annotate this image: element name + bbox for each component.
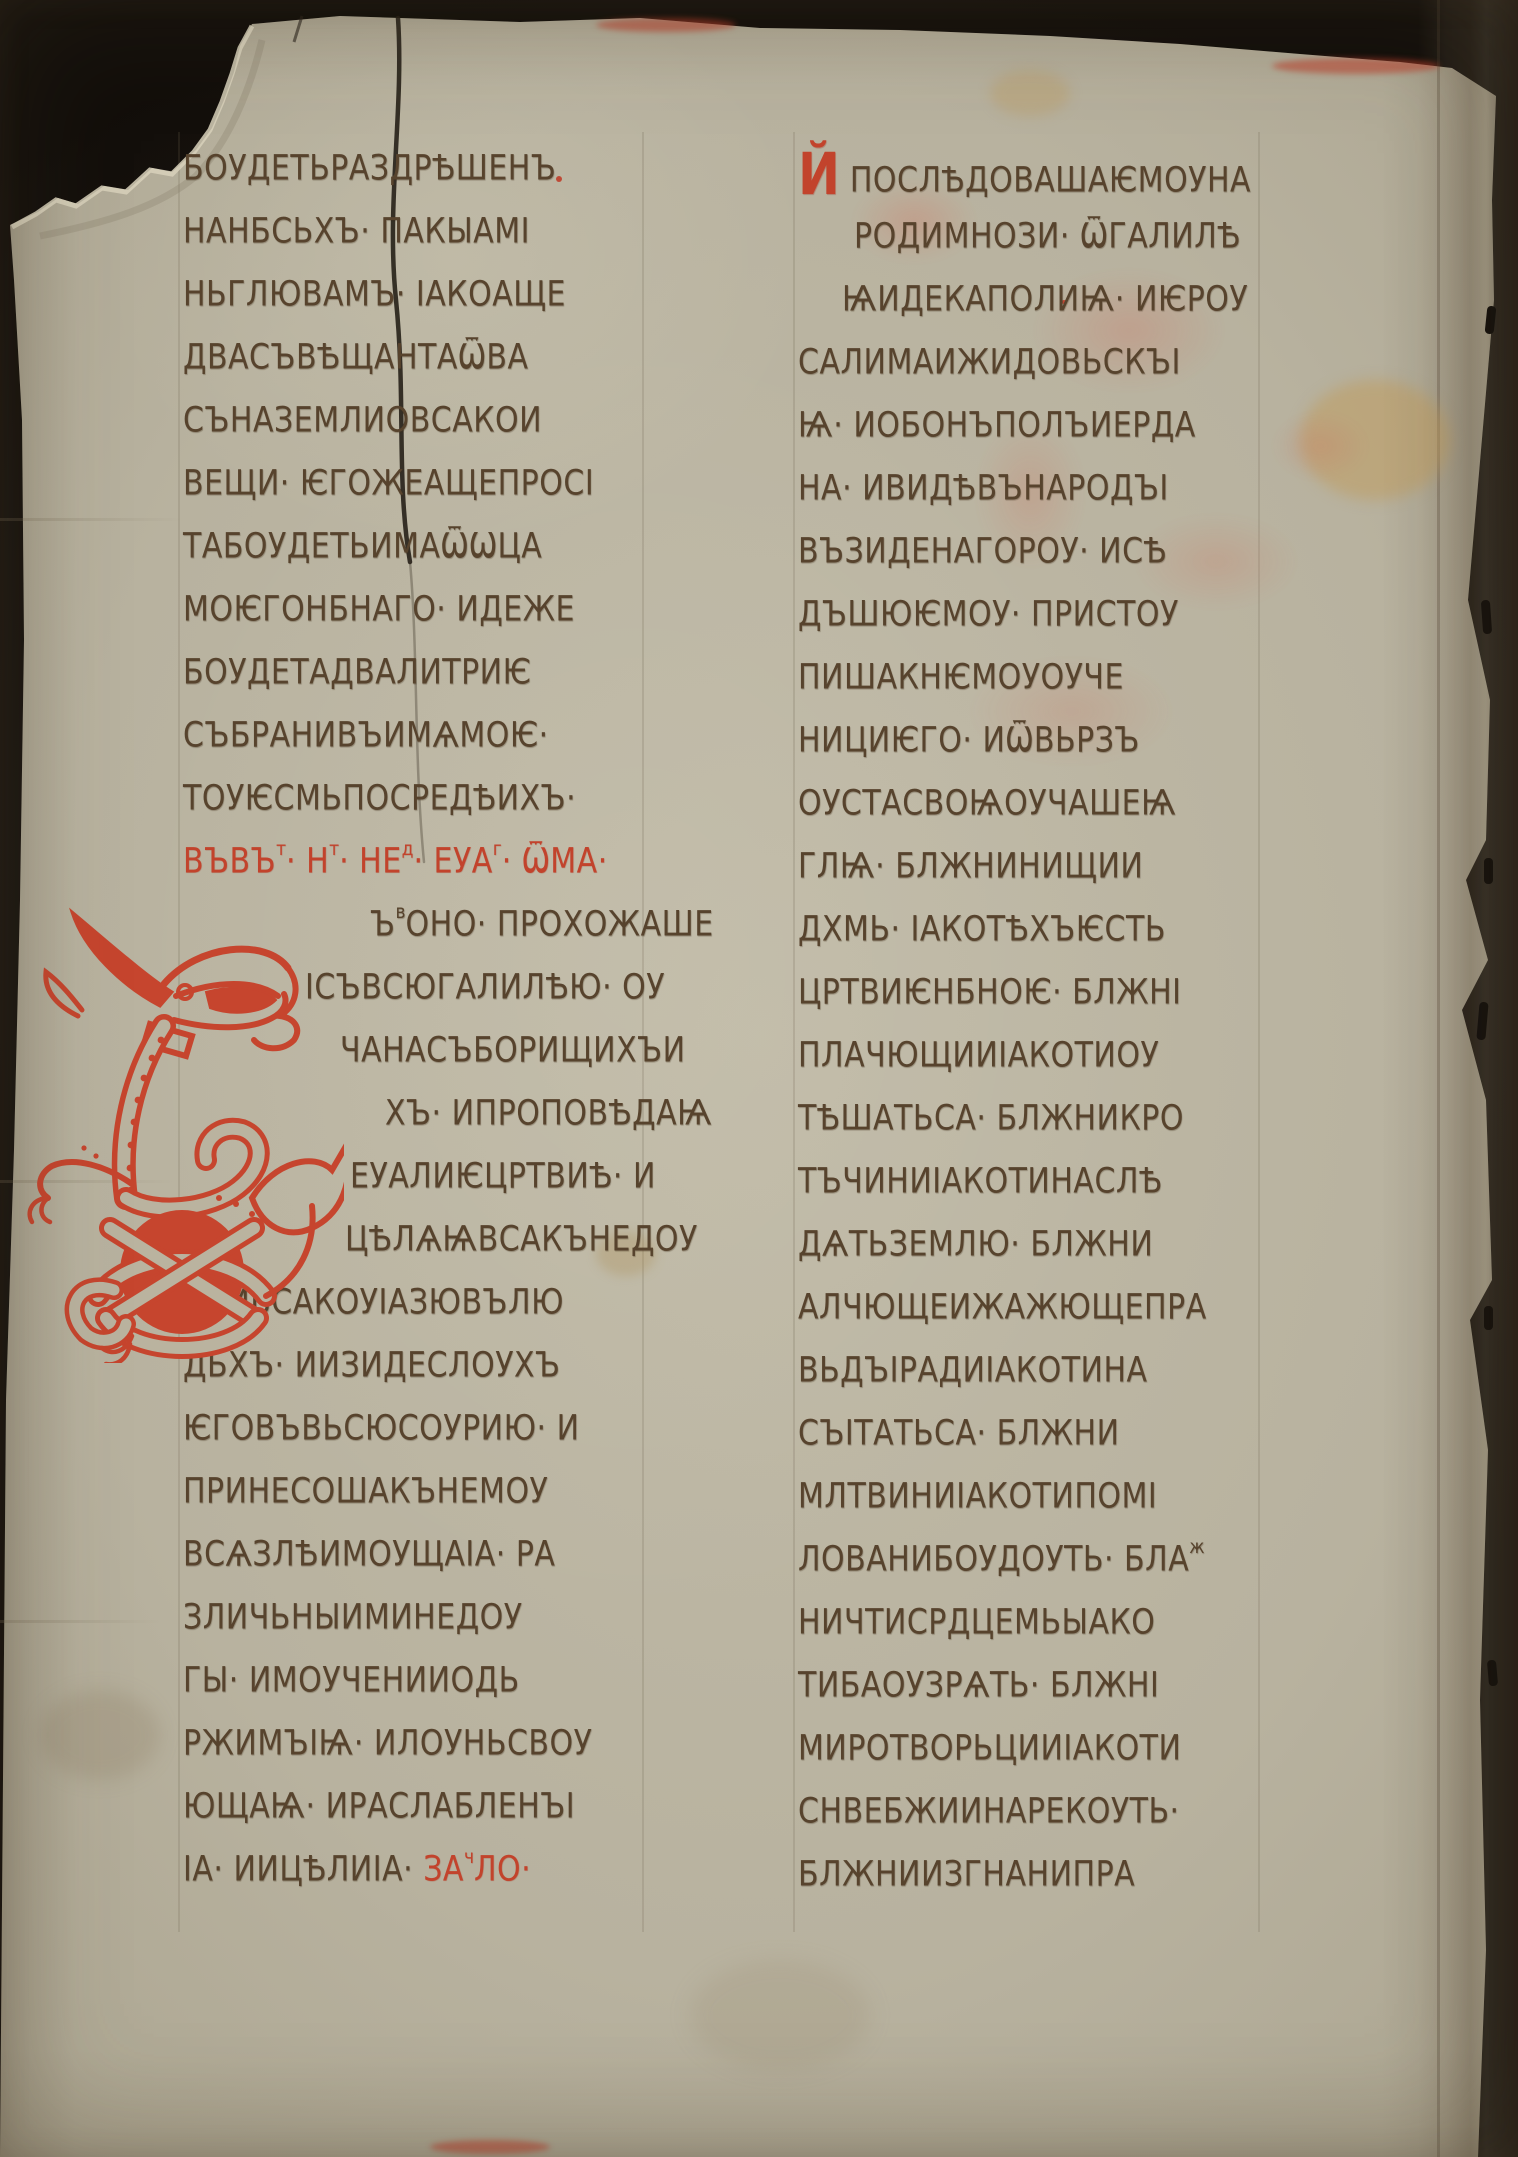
rubric-text: ч: [464, 1845, 474, 1868]
text-line: РЖИМЪІѨ· ИЛОУНЬСВОУ: [183, 1715, 653, 1778]
ink-text: САЛИМАИЖИДОВЬСКЪІ: [798, 342, 1181, 383]
text-line: ТИБАОУЗРѦТЬ· БЛЖНІ: [798, 1657, 1288, 1720]
rubric-text: д: [402, 837, 414, 860]
text-line: МЛТВИНИІАКОТИПОМІ: [798, 1468, 1288, 1531]
text-line: СЪНАЗЕМЛИОВСАКОИ: [183, 392, 653, 455]
rubric-text: ЗА: [423, 1849, 464, 1890]
ink-text: МОѤГОНБНАГО· ИДЕЖЕ: [183, 589, 575, 630]
ink-text: СЪІТАТЬСА· БЛЖНИ: [798, 1413, 1120, 1454]
ink-text: ВЕЩИ· ѤГОЖЕАЩЕПРОСІ: [183, 463, 594, 504]
text-line: ВЪВЪт· Нт· НЕд· ЕУАг· ѾМА·: [183, 833, 653, 896]
text-line: НИЧТИСРДЦЕМЬЫАКО: [798, 1594, 1288, 1657]
ink-text: НИЧТИСРДЦЕМЬЫАКО: [798, 1602, 1155, 1643]
text-line: СЪІТАТЬСА· БЛЖНИ: [798, 1405, 1288, 1468]
edge-tear: [1476, 1002, 1488, 1041]
text-line: ДХМЬ· ІАКОТѢХЪѤСТЬ: [798, 901, 1288, 964]
ink-text: АЛЧЮЩЕИЖАЖЮЩЕПРА: [798, 1287, 1207, 1328]
rubric-text: т: [276, 837, 286, 860]
ink-text: ОНО· ПРОХОЖАШЕ: [406, 904, 714, 945]
ink-text: МЛТВИНИІАКОТИПОМІ: [798, 1476, 1157, 1517]
ink-text: ЕУАЛИѤЦРТВИѢ· И: [350, 1156, 656, 1197]
ink-text: НЬГЛЮВАМЪ· ІАКОАЩЕ: [183, 274, 566, 315]
rubric-text: · ЕУА: [413, 841, 492, 882]
rubric-text: ЛО·: [474, 1849, 531, 1890]
ink-text: БЛЖНИИЗГНАНИПРА: [798, 1854, 1135, 1895]
text-line: НЬГЛЮВАМЪ· ІАКОАЩЕ: [183, 266, 653, 329]
text-line: ПИШАКНѤМОУОУЧЕ: [798, 649, 1288, 712]
text-line: ТАБОУДЕТЬИМАѾѠЦА: [183, 518, 653, 581]
text-line: ХЪ· ИПРОПОВѢДАѨ: [183, 1085, 653, 1148]
edge-tear: [1484, 858, 1493, 884]
ink-text: РОДИМНОЗИ· ѾГАЛИЛѢ: [854, 216, 1241, 257]
text-line: ПРИНЕСОШАКЪНЕМОУ: [183, 1463, 653, 1526]
ink-text: Ъ: [370, 904, 395, 945]
text-line: АЛЧЮЩЕИЖАЖЮЩЕПРА: [798, 1279, 1288, 1342]
text-line: ВЬДЪІРАДИІАКОТИНА: [798, 1342, 1288, 1405]
text-line: МИРОТВОРЬЦИИІАКОТИ: [798, 1720, 1288, 1783]
text-line: ВСѦЗЛѢИМОУЩАІА· РА: [183, 1526, 653, 1589]
text-line: ЪвОНО· ПРОХОЖАШЕ: [183, 896, 653, 959]
text-line: ДВАСЪВѢЩАНТАѾВА: [183, 329, 653, 392]
text-line: ТОУѤСМЬПОСРЕДѢИХЪ·: [183, 770, 653, 833]
ink-text: РЖИМЪІѨ· ИЛОУНЬСВОУ: [183, 1723, 592, 1764]
ink-text: Ѩ· ИОБОНЪПОЛЪИЕРДА: [798, 405, 1196, 446]
text-line: ТѢШАТЬСА· БЛЖНИКРО: [798, 1090, 1288, 1153]
text-line: Ѩ· ИОБОНЪПОЛЪИЕРДА: [798, 397, 1288, 460]
ink-text: СЪБРАНИВЪИМѦМОѤ·: [183, 715, 549, 756]
ink-text: ОУСТАСВОѨОУЧАШЕѨ: [798, 783, 1176, 824]
ink-text: ДЬХЪ· ИИЗИДЕСЛОУХЪ: [183, 1345, 561, 1386]
text-line: ЙПОСЛѢДОВАШАѤМОУНА: [798, 145, 1288, 208]
right-text-column: ЙПОСЛѢДОВАШАѤМОУНАРОДИМНОЗИ· ѾГАЛИЛѢѨИДЕ…: [798, 145, 1288, 1909]
ink-text: ІА· ИИЦѢЛИІА·: [183, 1849, 423, 1890]
text-line: РОДИМНОЗИ· ѾГАЛИЛѢ: [798, 208, 1288, 271]
text-line: ДЬХЪ· ИИЗИДЕСЛОУХЪ: [183, 1337, 653, 1400]
text-line: ПЛАЧЮЩИИІАКОТИОУ: [798, 1027, 1288, 1090]
ink-text: ВЬДЪІРАДИІАКОТИНА: [798, 1350, 1148, 1391]
text-line: СЪБРАНИВЪИМѦМОѤ·: [183, 707, 653, 770]
text-line-content: ІА· ИИЦѢЛИІА· ЗАчЛО·: [183, 1833, 531, 1912]
edge-tear: [1487, 1660, 1498, 1687]
ink-text: ТАБОУДЕТЬИМАѾѠЦА: [183, 526, 542, 567]
text-line: МОѤГОНБНАГО· ИДЕЖЕ: [183, 581, 653, 644]
ink-text: ж: [1189, 1535, 1204, 1558]
ink-text: ДВАСЪВѢЩАНТАѾВА: [183, 337, 529, 378]
ink-text: ЗЛИЧЬНЫИМИНЕДОУ: [183, 1597, 523, 1638]
text-line: НАНБСЬХЪ· ПАКЫАМІ: [183, 203, 653, 266]
text-line: ЧАНАСЪБОРИЩИХЪИ: [183, 1022, 653, 1085]
ink-text: ЛОВАНИБОУДОУТЬ· БЛА: [798, 1539, 1189, 1580]
ink-text: МИРОТВОРЬЦИИІАКОТИ: [798, 1728, 1181, 1769]
text-line: БОУДЕТАДВАЛИТРИѤ: [183, 644, 653, 707]
ink-text: ТЪЧИНИІАКОТИНАСЛѢ: [798, 1161, 1163, 1202]
ink-text: в: [395, 900, 405, 923]
text-line: ЦѢЛѦѨВСАКЪНЕДОУ: [183, 1211, 653, 1274]
text-line: ГЪИВСАКОУІАЗЮВЪЛЮ: [183, 1274, 653, 1337]
text-line: ВЪЗИДЕНАГОРОУ· ИСѢ: [798, 523, 1288, 586]
text-line: ЕУАЛИѤЦРТВИѢ· И: [183, 1148, 653, 1211]
text-line: БЛЖНИИЗГНАНИПРА: [798, 1846, 1288, 1909]
ink-text: ПИШАКНѤМОУОУЧЕ: [798, 657, 1124, 698]
text-line: ЮЩАѨ· ИРАСЛАБЛЕНЪІ: [183, 1778, 653, 1841]
text-line: ОУСТАСВОѨОУЧАШЕѨ: [798, 775, 1288, 838]
ink-text: ѨИДЕКАПОЛИѨ· ИѤРОУ: [842, 279, 1248, 320]
red-initial-letter: Й: [798, 141, 840, 208]
ink-text: ЦѢЛѦѨВСАКЪНЕДОУ: [345, 1219, 698, 1260]
ink-text: ХЪ· ИПРОПОВѢДАѨ: [385, 1093, 712, 1134]
ink-text: ЦРТВИѤНБНОѤ· БЛЖНІ: [798, 972, 1182, 1013]
text-line: ЦРТВИѤНБНОѤ· БЛЖНІ: [798, 964, 1288, 1027]
ink-text: ГЪИВСАКОУІАЗЮВЪЛЮ: [183, 1282, 564, 1323]
ink-text: ДХМЬ· ІАКОТѢХЪѤСТЬ: [798, 909, 1166, 950]
text-line: ІСЪВСЮГАЛИЛѢЮ· ОУ: [183, 959, 653, 1022]
ink-text: ІСЪВСЮГАЛИЛѢЮ· ОУ: [305, 967, 665, 1008]
ink-text: ВЪЗИДЕНАГОРОУ· ИСѢ: [798, 531, 1167, 572]
ink-text: ПЛАЧЮЩИИІАКОТИОУ: [798, 1035, 1159, 1076]
ink-text: ТИБАОУЗРѦТЬ· БЛЖНІ: [798, 1665, 1159, 1706]
ink-text: ГЛѨ· БЛЖНИНИЩИИ: [798, 846, 1143, 887]
rubric-text: · НЕ: [339, 841, 402, 882]
rubric-text: · ѾМА·: [502, 841, 608, 882]
edge-tear: [1484, 1306, 1493, 1330]
ink-text: ВСѦЗЛѢИМОУЩАІА· РА: [183, 1534, 555, 1575]
ink-text: НИЦИѤГО· ИѾВЬРЗЪ: [798, 720, 1140, 761]
text-line: ВЕЩИ· ѤГОЖЕАЩЕПРОСІ: [183, 455, 653, 518]
text-line: НИЦИѤГО· ИѾВЬРЗЪ: [798, 712, 1288, 775]
text-line: СНВЕБЖИИНАРЕКОУТЬ·: [798, 1783, 1288, 1846]
ink-text: ТОУѤСМЬПОСРЕДѢИХЪ·: [183, 778, 576, 819]
text-line: ДѦТЬЗЕМЛЮ· БЛЖНИ: [798, 1216, 1288, 1279]
left-text-column: БОУДЕТЬРАЗДРѢШЕНЪНАНБСЬХЪ· ПАКЫАМІНЬГЛЮВ…: [183, 140, 653, 1904]
manuscript-photo: { "artifact": { "kind": "parchment-manus…: [0, 0, 1518, 2157]
text-line: ГЫ· ИМОУЧЕНИИОДЬ: [183, 1652, 653, 1715]
text-line: ДЪШЮѤМОУ· ПРИСТОУ: [798, 586, 1288, 649]
ink-text: ДЪШЮѤМОУ· ПРИСТОУ: [798, 594, 1179, 635]
ink-text: НА· ИВИДѢВЪНАРОДЪІ: [798, 468, 1169, 509]
ink-text: БОУДЕТЬРАЗДРѢШЕНЪ: [183, 148, 556, 189]
text-line: НА· ИВИДѢВЪНАРОДЪІ: [798, 460, 1288, 523]
ink-text: БОУДЕТАДВАЛИТРИѤ: [183, 652, 531, 693]
text-line: ГЛѨ· БЛЖНИНИЩИИ: [798, 838, 1288, 901]
ink-text: ДѦТЬЗЕМЛЮ· БЛЖНИ: [798, 1224, 1153, 1265]
text-line: ТЪЧИНИІАКОТИНАСЛѢ: [798, 1153, 1288, 1216]
text-line-content: БЛЖНИИЗГНАНИПРА: [798, 1838, 1135, 1916]
text-line: САЛИМАИЖИДОВЬСКЪІ: [798, 334, 1288, 397]
ink-text: ГЫ· ИМОУЧЕНИИОДЬ: [183, 1660, 520, 1701]
ink-text: ТѢШАТЬСА· БЛЖНИКРО: [798, 1098, 1184, 1139]
ink-text: СНВЕБЖИИНАРЕКОУТЬ·: [798, 1791, 1180, 1832]
ink-text: ПОСЛѢДОВАШАѤМОУНА: [850, 160, 1251, 201]
rubric-text: · Н: [286, 841, 329, 882]
ink-text: ЮЩАѨ· ИРАСЛАБЛЕНЪІ: [183, 1786, 575, 1827]
ink-text: ЧАНАСЪБОРИЩИХЪИ: [340, 1030, 686, 1071]
text-line: ЛОВАНИБОУДОУТЬ· БЛАж: [798, 1531, 1288, 1594]
rubric-text: т: [329, 837, 339, 860]
text-line: ІА· ИИЦѢЛИІА· ЗАчЛО·: [183, 1841, 653, 1904]
rubric-text: ВЪВЪ: [183, 841, 276, 882]
text-line: ѤГОВЪВЬСЮСОУРИЮ· И: [183, 1400, 653, 1463]
edge-tear: [1481, 600, 1492, 635]
ink-text: ПРИНЕСОШАКЪНЕМОУ: [183, 1471, 548, 1512]
ink-text: ѤГОВЪВЬСЮСОУРИЮ· И: [183, 1408, 580, 1449]
text-line: ѨИДЕКАПОЛИѨ· ИѤРОУ: [798, 271, 1288, 334]
rubric-text: г: [493, 837, 502, 860]
ink-text: СЪНАЗЕМЛИОВСАКОИ: [183, 400, 542, 441]
text-line: БОУДЕТЬРАЗДРѢШЕНЪ: [183, 140, 653, 203]
ink-text: НАНБСЬХЪ· ПАКЫАМІ: [183, 211, 530, 252]
text-line: ЗЛИЧЬНЫИМИНЕДОУ: [183, 1589, 653, 1652]
